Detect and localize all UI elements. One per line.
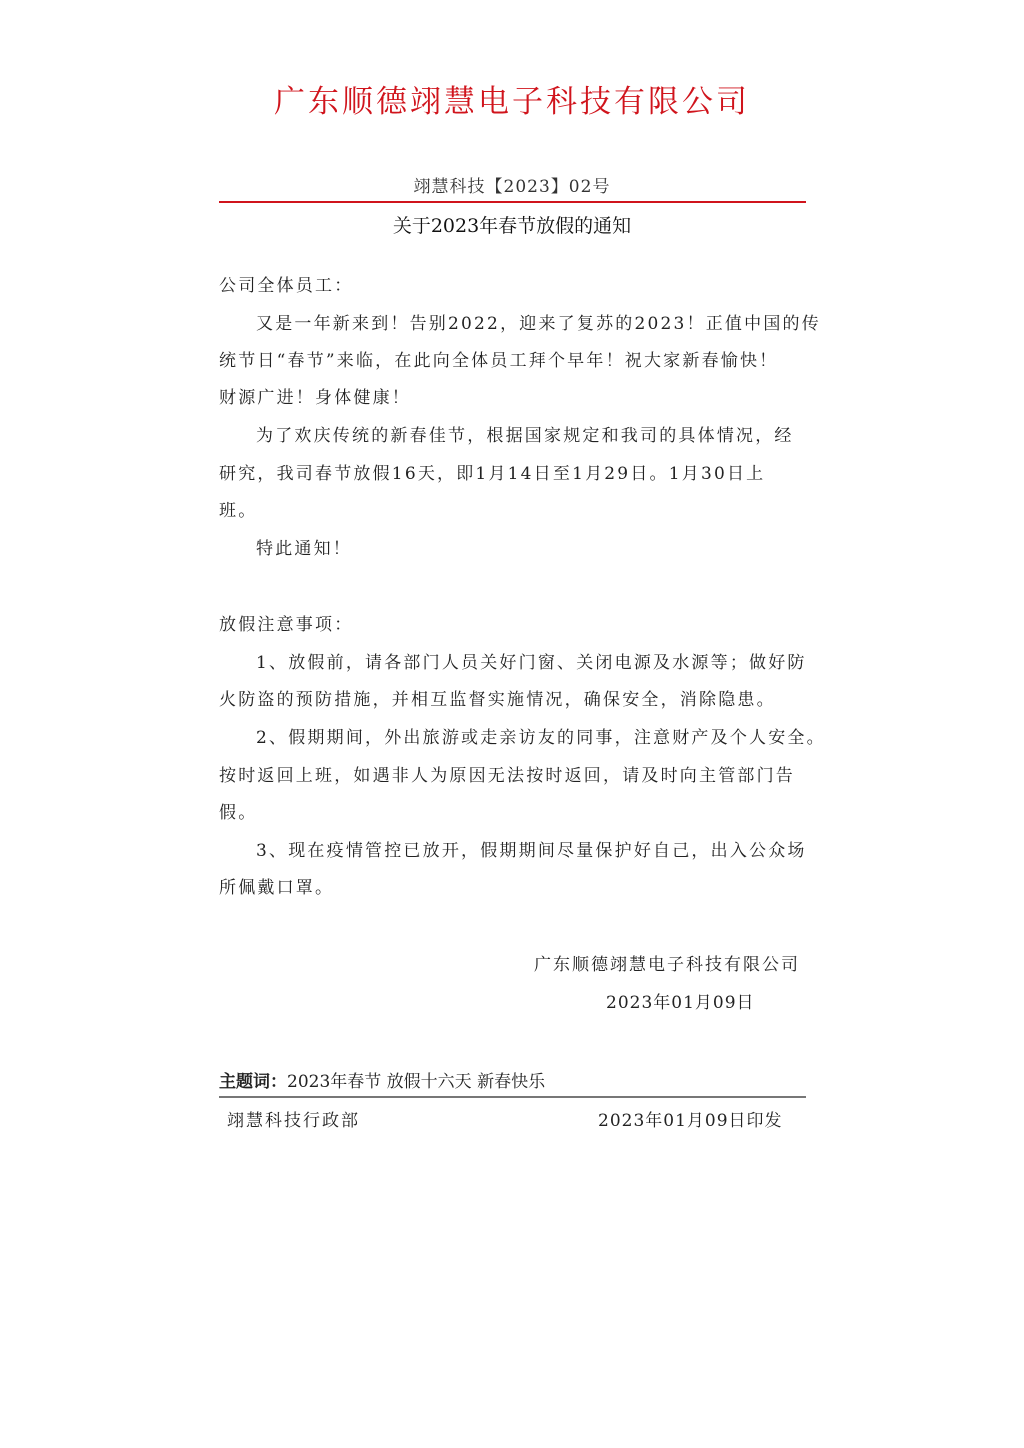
notes-heading: 放假注意事项：	[219, 610, 353, 635]
paragraph-2-line-1: 为了欢庆传统的新春佳节，根据国家规定和我司的具体情况，经	[256, 421, 794, 446]
notice-title: 关于2023年春节放假的通知	[0, 211, 1024, 238]
paragraph-1-line-2: 统节日“春节”来临，在此向全体员工拜个早年！祝大家新春愉快！	[219, 346, 778, 371]
note-2-line-1: 2、假期期间，外出旅游或走亲访友的同事，注意财产及个人安全。	[256, 723, 826, 748]
closing-text: 特此通知！	[256, 534, 352, 559]
paragraph-2-line-3: 班。	[219, 496, 257, 521]
footer-divider	[219, 1096, 806, 1098]
salutation: 公司全体员工：	[219, 271, 353, 296]
note-1-line-2: 火防盗的预防措施，并相互监督实施情况，确保安全，消除隐患。	[219, 685, 776, 710]
note-3-line-1: 3、现在疫情管控已放开，假期期间尽量保护好自己，出入公众场	[256, 836, 807, 861]
keywords-label: 主题词：	[219, 1072, 287, 1092]
document-number: 翊慧科技【2023】02号	[0, 172, 1024, 197]
keywords-line: 主题词：2023年春节 放假十六天 新春快乐	[219, 1067, 545, 1092]
issuing-department: 翊慧科技行政部	[227, 1106, 360, 1131]
paragraph-1-line-3: 财源广进！身体健康！	[219, 383, 411, 408]
paragraph-2-line-2: 研究，我司春节放假16天，即1月14日至1月29日。1月30日上	[219, 459, 765, 484]
note-3-line-2: 所佩戴口罩。	[219, 873, 334, 898]
signature-company: 广东顺德翊慧电子科技有限公司	[534, 950, 800, 975]
red-divider	[219, 201, 806, 203]
note-2-line-2: 按时返回上班，如遇非人为原因无法按时返回，请及时向主管部门告	[219, 761, 795, 786]
issue-date: 2023年01月09日印发	[598, 1106, 783, 1131]
keywords-value: 2023年春节 放假十六天 新春快乐	[287, 1072, 545, 1092]
note-1-line-1: 1、放假前，请各部门人员关好门窗、关闭电源及水源等；做好防	[256, 648, 807, 673]
note-2-line-3: 假。	[219, 798, 257, 823]
paragraph-1-line-1: 又是一年新来到！告别2022，迎来了复苏的2023！正值中国的传	[256, 309, 821, 334]
signature-date: 2023年01月09日	[606, 988, 755, 1013]
company-title: 广东顺德翊慧电子科技有限公司	[0, 76, 1024, 121]
